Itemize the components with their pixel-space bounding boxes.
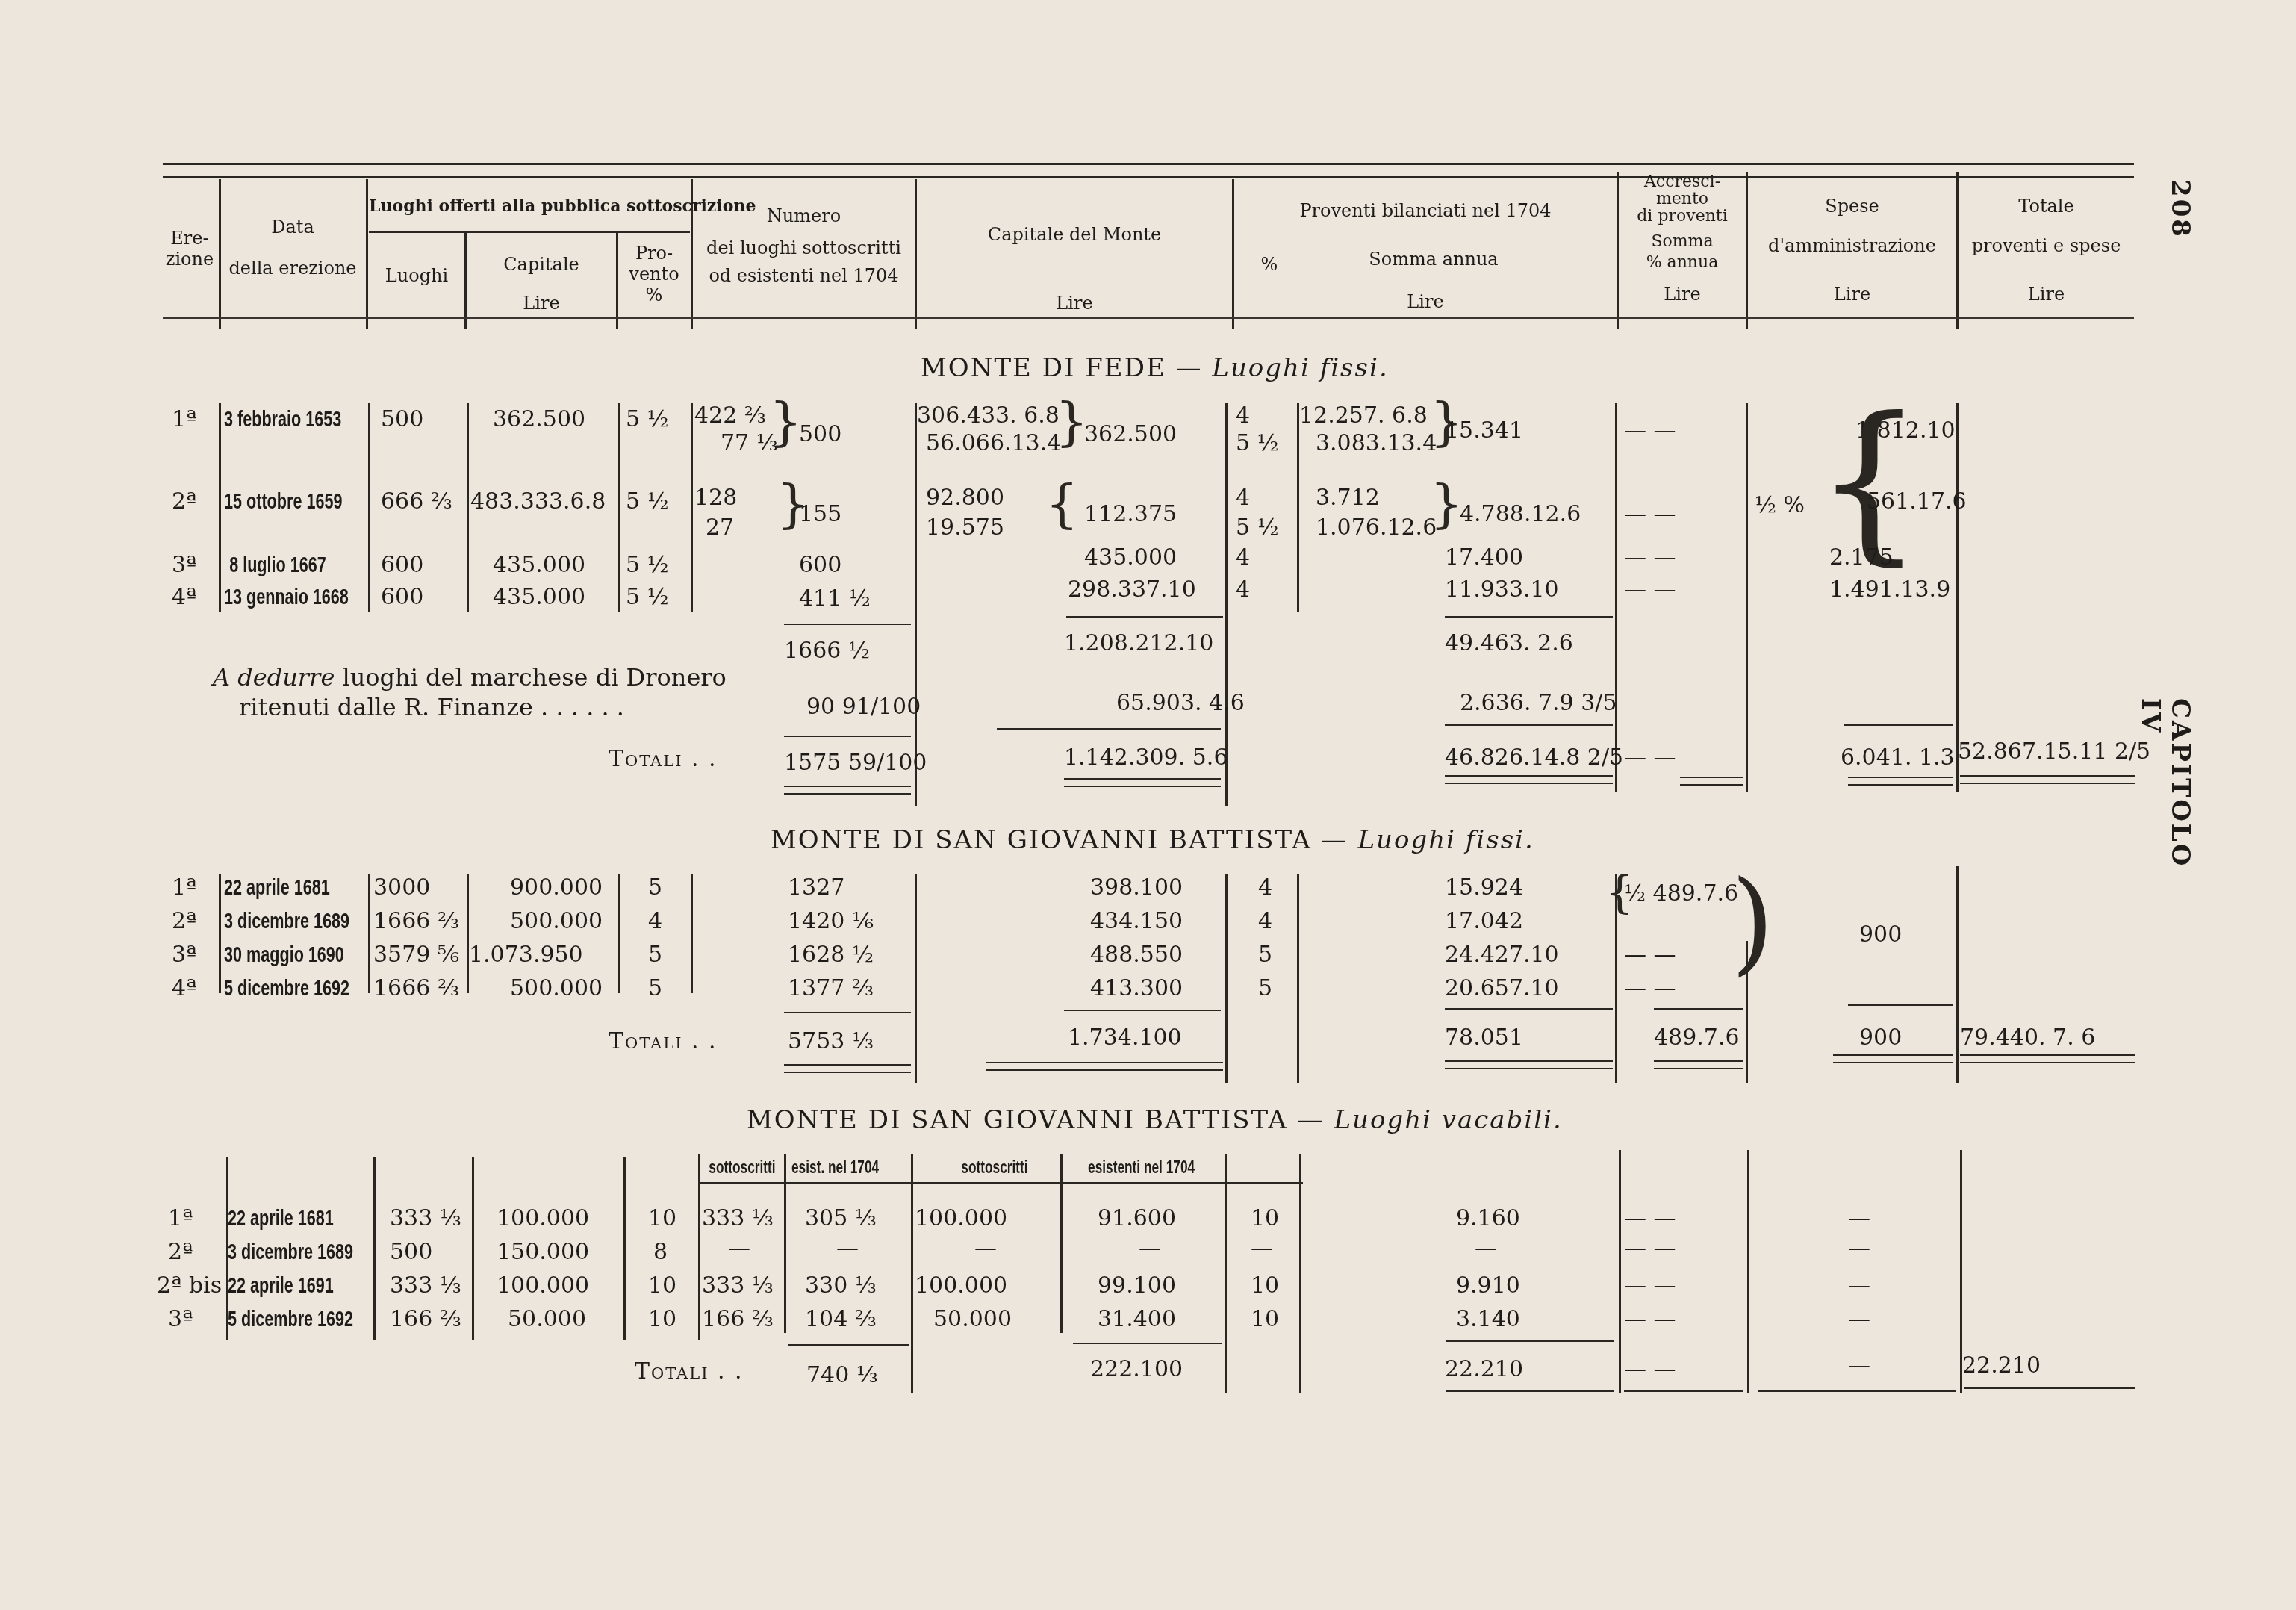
double-rule — [986, 1069, 1223, 1071]
running-head: CAPITOLO IV — [2135, 698, 2195, 868]
numero: 155 — [799, 502, 841, 527]
somma: 17.400 — [1445, 545, 1523, 571]
divider — [219, 403, 221, 612]
data: 22 aprile 1681 — [224, 875, 326, 901]
provento: 5 — [648, 942, 662, 968]
group-rule — [369, 231, 690, 233]
provento: 5 ½ — [626, 407, 669, 432]
provento: 10 — [648, 1273, 676, 1299]
somma-part: 3.083.13.4 — [1316, 431, 1437, 456]
luoghi: 3000 — [373, 875, 430, 901]
capitale-monte: 298.337.10 — [1068, 577, 1196, 603]
subheader-cap-esistenti: esistenti nel 1704 — [1071, 1157, 1211, 1178]
capitale: 50.000 — [508, 1307, 586, 1332]
deduct-somma: 2.636. 7.9 3/5 — [1460, 691, 1617, 716]
double-rule — [1964, 1387, 2135, 1389]
luoghi: 600 — [381, 585, 423, 610]
capitale-monte: 398.100 — [1090, 875, 1183, 901]
totals-capitale: 222.100 — [1090, 1357, 1183, 1382]
capitale-monte: 435.000 — [1084, 545, 1177, 571]
rule — [1654, 1008, 1743, 1010]
totals-label: Totali . . — [609, 747, 718, 772]
divider — [467, 874, 469, 993]
luoghi: 3579 ⅚ — [373, 942, 459, 968]
cap-sottoscritti: 50.000 — [933, 1307, 1012, 1332]
data: 5 dicembre 1692 — [228, 1307, 331, 1332]
provento: 5 ½ — [626, 585, 669, 610]
numero: 1327 — [788, 875, 844, 901]
spese: 900 — [1859, 922, 1902, 948]
erezione: 2ª bis — [157, 1273, 222, 1299]
luoghi: 333 ⅓ — [390, 1273, 461, 1299]
header-spese-2: d'amministrazione — [1748, 235, 1956, 256]
divider — [366, 179, 368, 329]
erezione: 4ª — [172, 976, 196, 1001]
num-sottoscritti: 333 ⅓ — [702, 1206, 774, 1231]
rule — [1064, 1010, 1221, 1011]
somma: 17.042 — [1445, 909, 1523, 934]
double-rule — [986, 1062, 1223, 1063]
subtotal-somma: 49.463. 2.6 — [1445, 631, 1573, 656]
accrescimento: — — — [1624, 1236, 1676, 1261]
capitale: 100.000 — [497, 1206, 589, 1231]
provento: 5 ½ — [626, 489, 669, 515]
double-rule — [1445, 1068, 1613, 1069]
somma: 9.910 — [1456, 1273, 1520, 1299]
divider — [1747, 1150, 1749, 1393]
pct: 10 — [1251, 1273, 1279, 1299]
provento: 8 — [653, 1240, 668, 1265]
data: 5 dicembre 1692 — [224, 976, 326, 1001]
deduct-label-2: ritenuti dalle R. Finanze . . . . . . — [239, 694, 624, 720]
pct: 4 — [1236, 577, 1250, 603]
numero: 1628 ½ — [788, 942, 874, 968]
rule — [997, 728, 1221, 730]
data: 22 aprile 1681 — [228, 1206, 331, 1231]
data: 13 gennaio 1668 — [224, 585, 326, 610]
double-rule — [1960, 1054, 2135, 1056]
divider — [1299, 1154, 1301, 1393]
capitale: 435.000 — [493, 553, 585, 578]
deduct-label-text: luoghi del marchese di Dronero — [343, 663, 727, 691]
double-rule — [1446, 1390, 1614, 1392]
somma: 15.341 — [1445, 418, 1523, 444]
accrescimento: — — — [1624, 942, 1676, 968]
deduct-numero: 90 91/100 — [806, 694, 921, 720]
header-totale-unit: Lire — [1959, 284, 2134, 305]
subtotal-numero: 1666 ½ — [784, 638, 870, 664]
divider — [368, 403, 370, 612]
pct: 5 ½ — [1236, 515, 1279, 541]
data: 3 dicembre 1689 — [224, 909, 326, 934]
divider — [618, 403, 620, 612]
data: 8 luglio 1667 — [224, 553, 326, 578]
data: 15 ottobre 1659 — [224, 489, 326, 515]
provento: 5 ½ — [626, 553, 669, 578]
somma-part: 1.076.12.6 — [1316, 515, 1437, 541]
spese: — — [1848, 1273, 1870, 1299]
double-rule — [1654, 1068, 1743, 1069]
cap-part: 56.066.13.4 — [926, 431, 1061, 456]
totals-totale: 22.210 — [1962, 1353, 2041, 1379]
pct: 10 — [1251, 1307, 1279, 1332]
somma: 3.140 — [1456, 1307, 1520, 1332]
erezione: 3ª — [172, 553, 196, 578]
double-rule — [1960, 783, 2135, 784]
header-luoghi-offerti: Luoghi offerti alla pubblica sottoscrizi… — [369, 196, 690, 217]
cap-esistenti: — — [1139, 1236, 1161, 1261]
divider — [784, 1154, 786, 1333]
double-rule — [1064, 778, 1221, 780]
pct: 4 — [1236, 403, 1250, 429]
header-numero-2: dei luoghi sottoscritti — [693, 237, 915, 258]
double-rule — [784, 793, 911, 795]
data: 3 dicembre 1689 — [228, 1240, 331, 1265]
subheader-num-sottoscritti: sottoscritti — [702, 1157, 783, 1178]
header-provento: Pro- vento % — [620, 243, 688, 305]
header-numero-3: od esistenti nel 1704 — [693, 265, 915, 286]
pct: — — [1251, 1236, 1273, 1261]
divider — [1297, 874, 1299, 1083]
cap-part: 306.433. 6.8 — [917, 403, 1060, 429]
totals-somma: 22.210 — [1445, 1357, 1523, 1382]
spese: — — [1848, 1307, 1870, 1332]
pct: 4 — [1258, 909, 1272, 934]
totals-numero: 740 ⅓ — [806, 1363, 878, 1388]
pct: 5 — [1258, 942, 1272, 968]
provento: 10 — [648, 1206, 676, 1231]
somma-part: 12.257. 6.8 — [1299, 403, 1428, 429]
erezione: 1ª — [168, 1206, 193, 1231]
pct: 5 ½ — [1236, 431, 1279, 456]
double-rule — [1624, 1390, 1743, 1392]
divider — [616, 231, 618, 329]
capitale-monte: 362.500 — [1084, 422, 1177, 447]
provento: 10 — [648, 1307, 676, 1332]
header-accresc-2: mento — [1619, 190, 1746, 208]
somma: 9.160 — [1456, 1206, 1520, 1231]
header-accresc-5: % annua — [1619, 254, 1746, 271]
luoghi: 500 — [390, 1240, 432, 1265]
cap-part: 19.575 — [926, 515, 1004, 541]
divider — [219, 179, 221, 329]
brace-icon: { — [1814, 396, 1923, 568]
header-spese-1: Spese — [1748, 196, 1956, 217]
pct: 4 — [1236, 485, 1250, 511]
header-data-bottom: della erezione — [221, 258, 364, 279]
divider — [1297, 403, 1299, 612]
rule — [1445, 616, 1613, 618]
header-capitale-unit: Lire — [467, 293, 616, 314]
double-rule — [784, 1072, 911, 1073]
divider — [1619, 1150, 1621, 1393]
brace-icon: } — [769, 396, 803, 448]
pct: 10 — [1251, 1206, 1279, 1231]
provento: 4 — [648, 909, 662, 934]
data: 3 febbraio 1653 — [224, 407, 326, 432]
section-title-text: MONTE DI FEDE — — [921, 353, 1203, 383]
section-title-text: MONTE DI SAN GIOVANNI BATTISTA — — [771, 825, 1348, 855]
header-totale-2: proventi e spese — [1959, 235, 2134, 256]
divider — [1956, 403, 1959, 792]
capitale-monte: 488.550 — [1090, 942, 1183, 968]
double-rule — [1848, 784, 1953, 786]
luoghi: 1666 ⅔ — [373, 909, 459, 934]
divider — [1060, 1154, 1063, 1333]
pct: 5 — [1258, 976, 1272, 1001]
section-title-sgb-vacabili: MONTE DI SAN GIOVANNI BATTISTA — Luoghi … — [747, 1105, 1563, 1135]
num-part: 27 — [706, 515, 734, 541]
section-title-text: MONTE DI SAN GIOVANNI BATTISTA — — [747, 1105, 1325, 1135]
accrescimento: — — — [1624, 1307, 1676, 1332]
capitale: 900.000 — [510, 875, 603, 901]
somma: 15.924 — [1445, 875, 1523, 901]
header-accresc-3: di proventi — [1619, 208, 1746, 225]
accrescimento: — — — [1624, 545, 1676, 571]
erezione: 2ª — [172, 489, 196, 515]
section-subtitle: Luoghi fissi. — [1357, 825, 1534, 855]
cap-esistenti: 31.400 — [1098, 1307, 1176, 1332]
divider — [219, 874, 221, 993]
subheader-rule — [698, 1182, 1303, 1184]
spese: 1.491.13.9 — [1829, 577, 1950, 603]
capitale-monte: 434.150 — [1090, 909, 1183, 934]
totals-somma: 46.826.14.8 2/5 — [1445, 745, 1623, 771]
double-rule — [1680, 784, 1743, 786]
rule — [1549, 1008, 1613, 1010]
rule — [1073, 1343, 1222, 1344]
rule — [784, 1012, 911, 1013]
header-totale-1: Totale — [1959, 196, 2134, 217]
erezione: 4ª — [172, 585, 196, 610]
double-rule — [784, 786, 911, 787]
accrescimento: — — — [1624, 976, 1676, 1001]
num-part: 128 — [694, 485, 737, 511]
totals-totale: 79.440. 7. 6 — [1960, 1025, 2095, 1051]
section-title-sgb-fissi: MONTE DI SAN GIOVANNI BATTISTA — Luoghi … — [771, 825, 1534, 855]
totals-label: Totali . . — [609, 1029, 718, 1054]
divider — [368, 874, 370, 993]
totals-capitale: 1.142.309. 5.6 — [1064, 745, 1228, 771]
header-accresc-1: Accresci- — [1619, 173, 1746, 190]
capitale: 1.073.950 — [469, 942, 583, 968]
cap-esistenti: 99.100 — [1098, 1273, 1176, 1299]
header-erezione: Ere- zione — [163, 228, 217, 270]
num-part: 422 ⅔ — [694, 403, 766, 429]
divider — [1746, 403, 1748, 792]
rule — [784, 736, 911, 737]
capitale-monte: 112.375 — [1084, 502, 1177, 527]
somma: 20.657.10 — [1445, 976, 1559, 1001]
section-subtitle: Luoghi vacabili. — [1334, 1105, 1562, 1135]
divider — [623, 1157, 626, 1340]
header-data-top: Data — [221, 217, 364, 237]
num-esistenti: 104 ⅔ — [805, 1307, 877, 1332]
luoghi: 500 — [381, 407, 423, 432]
luoghi: 333 ⅓ — [390, 1206, 461, 1231]
header-proventi-somma: Somma annua — [1344, 249, 1523, 270]
pct: 4 — [1236, 545, 1250, 571]
divider — [467, 403, 469, 612]
pct: 4 — [1258, 875, 1272, 901]
somma: 11.933.10 — [1445, 577, 1559, 603]
totals-spese: 6.041. 1.3 — [1841, 745, 1955, 771]
provento: 5 — [648, 976, 662, 1001]
cap-sottoscritti: 100.000 — [915, 1206, 1007, 1231]
totals-somma: 78.051 — [1445, 1025, 1523, 1051]
deduct-label: A dedurre luoghi del marchese di Dronero — [213, 665, 727, 690]
luoghi: 1666 ⅔ — [373, 976, 459, 1001]
erezione: 3ª — [168, 1307, 193, 1332]
rule — [784, 624, 911, 625]
deduct-capitale: 65.903. 4.6 — [1116, 691, 1245, 716]
header-capitale: Capitale — [467, 254, 616, 275]
totals-totale: 52.867.15.11 2/5 — [1958, 739, 2150, 765]
capitale-monte: 413.300 — [1090, 976, 1183, 1001]
erezione: 1ª — [172, 407, 196, 432]
numero: 600 — [799, 553, 841, 578]
section-subtitle: Luoghi fissi. — [1212, 353, 1388, 383]
divider — [1956, 866, 1959, 1083]
accrescimento: — — — [1624, 1206, 1676, 1231]
double-rule — [1680, 777, 1743, 778]
rule — [1844, 724, 1953, 726]
num-esistenti: — — [836, 1236, 859, 1261]
somma: — — [1475, 1236, 1497, 1261]
rule — [1446, 1340, 1614, 1342]
brace-icon: } — [1430, 478, 1463, 530]
erezione: 3ª — [172, 942, 196, 968]
totals-accrescimento: — — — [1624, 745, 1676, 771]
header-proventi-unit: Lire — [1234, 291, 1617, 312]
capitale: 100.000 — [497, 1273, 589, 1299]
divider — [1615, 403, 1617, 792]
header-numero-1: Numero — [693, 205, 915, 226]
totals-accrescimento: 489.7.6 — [1654, 1025, 1740, 1051]
spese: 561.17.6 — [1867, 489, 1967, 515]
cap-part: 92.800 — [926, 485, 1004, 511]
spese: — — [1848, 1236, 1870, 1261]
rule — [788, 1344, 909, 1346]
deduct-label-italic: A dedurre — [213, 663, 335, 691]
numero: 1420 ⅙ — [788, 909, 874, 934]
capitale: 435.000 — [493, 585, 585, 610]
double-rule — [1445, 775, 1613, 777]
divider — [472, 1157, 474, 1340]
somma: 4.788.12.6 — [1460, 502, 1581, 527]
luoghi: 600 — [381, 553, 423, 578]
accrescimento: — — — [1624, 418, 1676, 444]
totals-numero: 1575 59/100 — [784, 750, 927, 776]
rule — [1066, 616, 1223, 618]
numero: 500 — [799, 422, 841, 447]
accrescimento: — — — [1624, 502, 1676, 527]
luoghi: 666 ⅔ — [381, 489, 452, 515]
double-rule — [1445, 783, 1613, 784]
top-rule-2 — [163, 176, 2134, 178]
num-sottoscritti: 166 ⅔ — [702, 1307, 774, 1332]
totals-numero: 5753 ⅓ — [788, 1029, 874, 1054]
header-proventi: Proventi bilanciati nel 1704 — [1234, 200, 1617, 221]
header-accresc-unit: Lire — [1619, 284, 1746, 305]
page-number: 208 — [2165, 179, 2195, 239]
divider — [464, 231, 467, 329]
brace-icon: } — [1055, 396, 1089, 448]
capitale: 500.000 — [510, 976, 603, 1001]
somma-part: 3.712 — [1316, 485, 1380, 511]
accrescimento-grouped: ½ 489.7.6 — [1624, 881, 1738, 907]
double-rule — [1568, 1060, 1613, 1062]
divider — [911, 1154, 913, 1393]
somma: 24.427.10 — [1445, 942, 1559, 968]
cap-sottoscritti: — — [974, 1236, 997, 1261]
header-spese-unit: Lire — [1748, 284, 1956, 305]
capitale: 150.000 — [497, 1240, 589, 1265]
double-rule — [1960, 1062, 2135, 1063]
totals-capitale: 1.734.100 — [1068, 1025, 1182, 1051]
divider — [373, 1157, 376, 1340]
totals-spese: 900 — [1859, 1025, 1902, 1051]
data: 30 maggio 1690 — [224, 942, 326, 968]
double-rule — [1064, 786, 1221, 787]
subheader-num-esistenti: esist. nel 1704 — [791, 1157, 877, 1178]
accrescimento: — — — [1624, 1273, 1676, 1299]
section-title-fede: MONTE DI FEDE — Luoghi fissi. — [921, 353, 1389, 383]
divider — [1225, 874, 1228, 1083]
spese: 2.175 — [1829, 545, 1894, 571]
erezione: 1ª — [172, 875, 196, 901]
double-rule — [1833, 1062, 1953, 1063]
totals-spese: — — [1848, 1353, 1870, 1379]
cap-sottoscritti: 100.000 — [915, 1273, 1007, 1299]
data: 22 aprile 1691 — [228, 1273, 331, 1299]
double-rule — [1960, 775, 2135, 777]
numero: 411 ½ — [799, 586, 871, 612]
rule — [1848, 1004, 1953, 1006]
spese: — — [1848, 1206, 1870, 1231]
num-esistenti: 305 ⅓ — [805, 1206, 877, 1231]
header-capitale-monte-unit: Lire — [917, 293, 1232, 314]
capitale: 500.000 — [510, 909, 603, 934]
double-rule — [1833, 1054, 1953, 1056]
header-capitale-monte: Capitale del Monte — [917, 224, 1232, 245]
divider — [691, 403, 693, 612]
header-proventi-pct: % — [1254, 254, 1284, 275]
num-sottoscritti: — — [728, 1236, 750, 1261]
erezione: 2ª — [172, 909, 196, 934]
erezione: 2ª — [168, 1240, 193, 1265]
header-accresc-4: Somma — [1619, 233, 1746, 250]
divider — [915, 874, 917, 1083]
cap-esistenti: 91.600 — [1098, 1206, 1176, 1231]
num-esistenti: 330 ⅓ — [805, 1273, 877, 1299]
double-rule — [784, 1064, 911, 1066]
luoghi: 166 ⅔ — [390, 1307, 461, 1332]
top-rule — [163, 163, 2134, 165]
double-rule — [1758, 1390, 1956, 1392]
divider — [1225, 1154, 1227, 1393]
totals-label: Totali . . — [635, 1359, 744, 1384]
header-luoghi: Luoghi — [369, 265, 464, 286]
accrescimento: — — — [1624, 577, 1676, 603]
divider — [618, 874, 620, 993]
spese-rate: ½ % — [1755, 493, 1805, 518]
brace-icon: ) — [1731, 866, 1775, 978]
header-bottom-rule — [163, 317, 2134, 319]
num-sottoscritti: 333 ⅓ — [702, 1273, 774, 1299]
provento: 5 — [648, 875, 662, 901]
subheader-cap-sottoscritti: sottoscritti — [941, 1157, 1048, 1178]
